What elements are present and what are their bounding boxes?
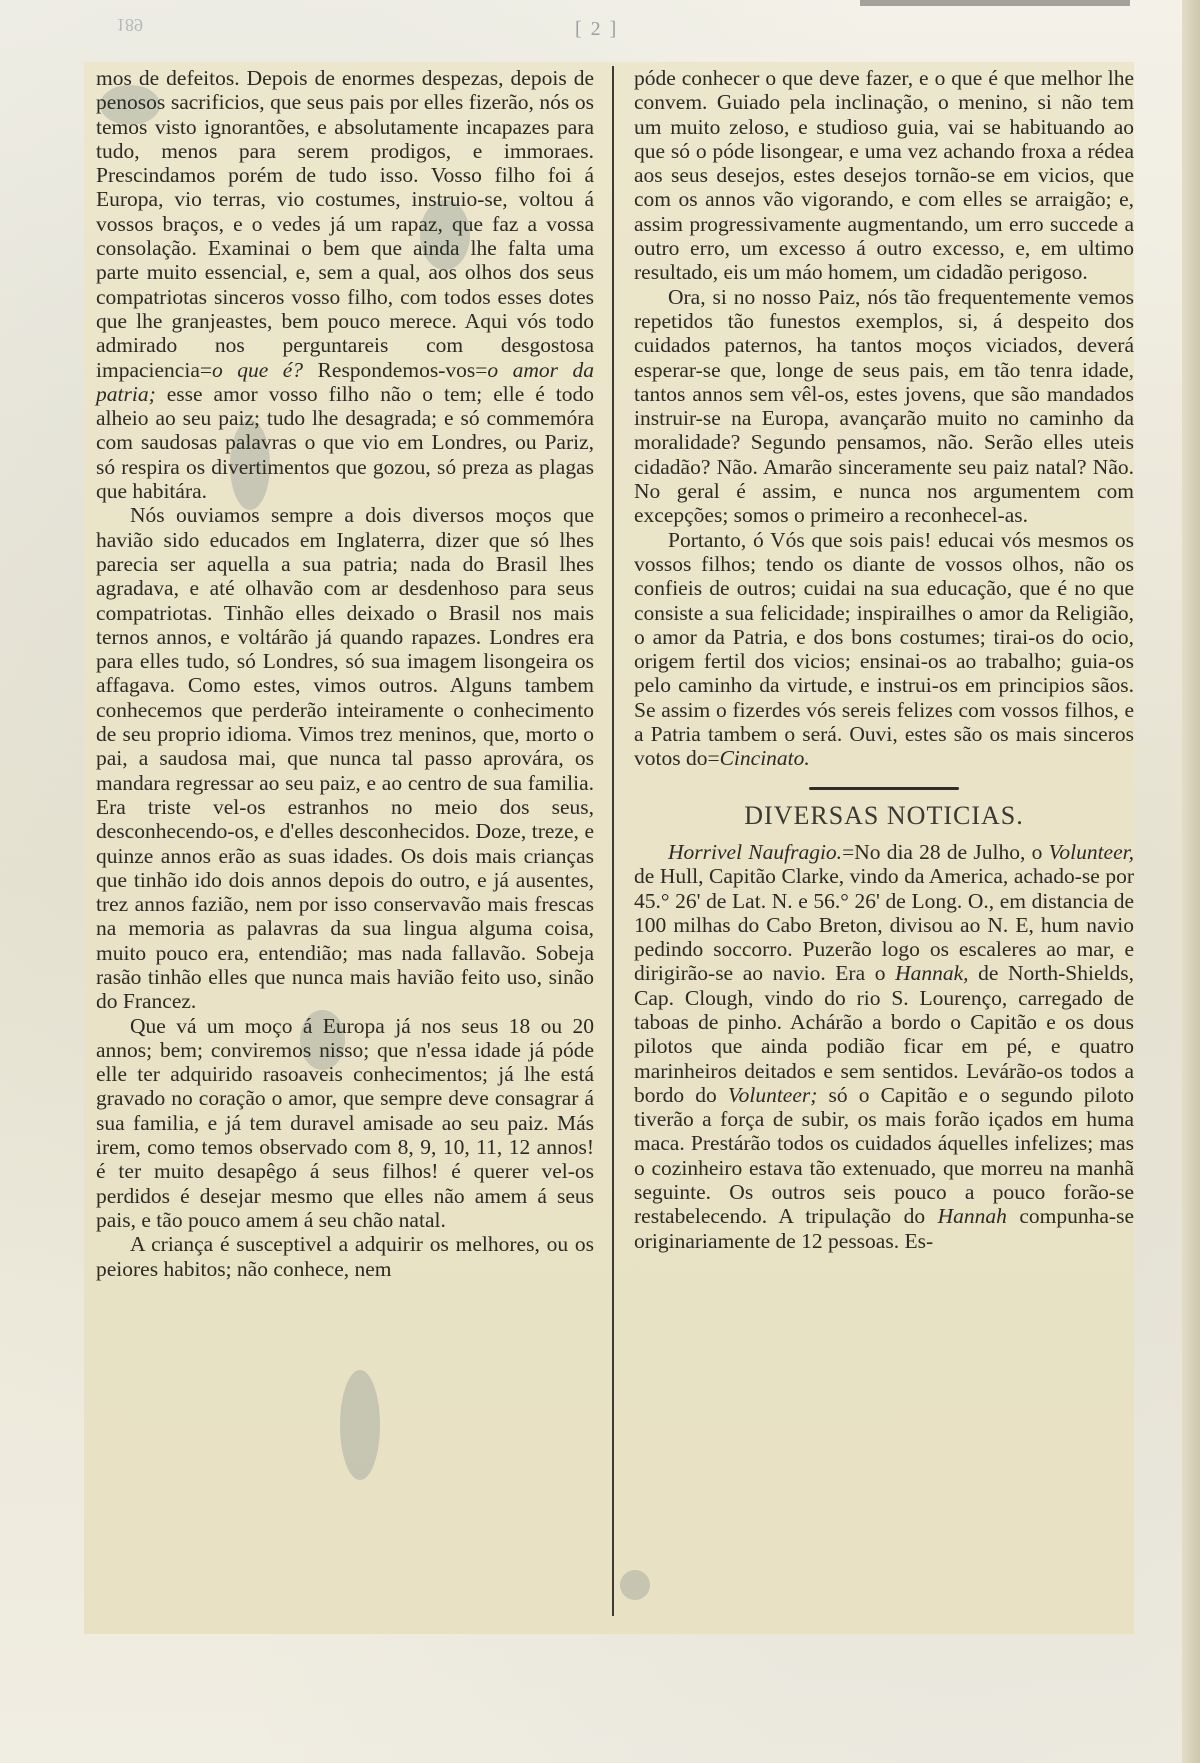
paragraph: póde conhecer o que deve fazer, e o que … bbox=[634, 66, 1134, 285]
paragraph: A criança é susceptivel a adquirir os me… bbox=[96, 1232, 594, 1281]
signature: Cincinato. bbox=[720, 746, 810, 770]
paragraph: mos de defeitos. Depois de enormes despe… bbox=[96, 66, 594, 503]
paragraph: Nós ouviamos sempre a dois diversos moço… bbox=[96, 503, 594, 1013]
section-title: DIVERSAS NOTICIAS. bbox=[634, 804, 1134, 828]
binding-shadow bbox=[860, 0, 1130, 6]
right-column: póde conhecer o que deve fazer, e o que … bbox=[634, 66, 1134, 1253]
paragraph: Ora, si no nosso Paiz, nós tão frequente… bbox=[634, 285, 1134, 528]
news-headline: Horrivel Naufragio. bbox=[668, 840, 842, 864]
paragraph: Portanto, ó Vós que sois pais! educai vó… bbox=[634, 528, 1134, 771]
paragraph: Que vá um moço á Europa já nos seus 18 o… bbox=[96, 1014, 594, 1233]
water-stain bbox=[620, 1570, 650, 1600]
page-folio: [ 2 ] bbox=[575, 18, 618, 41]
column-rule bbox=[612, 66, 614, 1616]
page-edge bbox=[1182, 0, 1200, 1763]
bleed-through-page-number: 189 bbox=[116, 14, 143, 35]
left-column: mos de defeitos. Depois de enormes despe… bbox=[96, 66, 594, 1281]
newspaper-page: [ 2 ] 189 mos de defeitos. Depois de eno… bbox=[0, 0, 1200, 1763]
water-stain bbox=[340, 1370, 380, 1480]
news-item: Horrivel Naufragio.=No dia 28 de Julho, … bbox=[634, 840, 1134, 1253]
section-divider bbox=[809, 787, 959, 790]
